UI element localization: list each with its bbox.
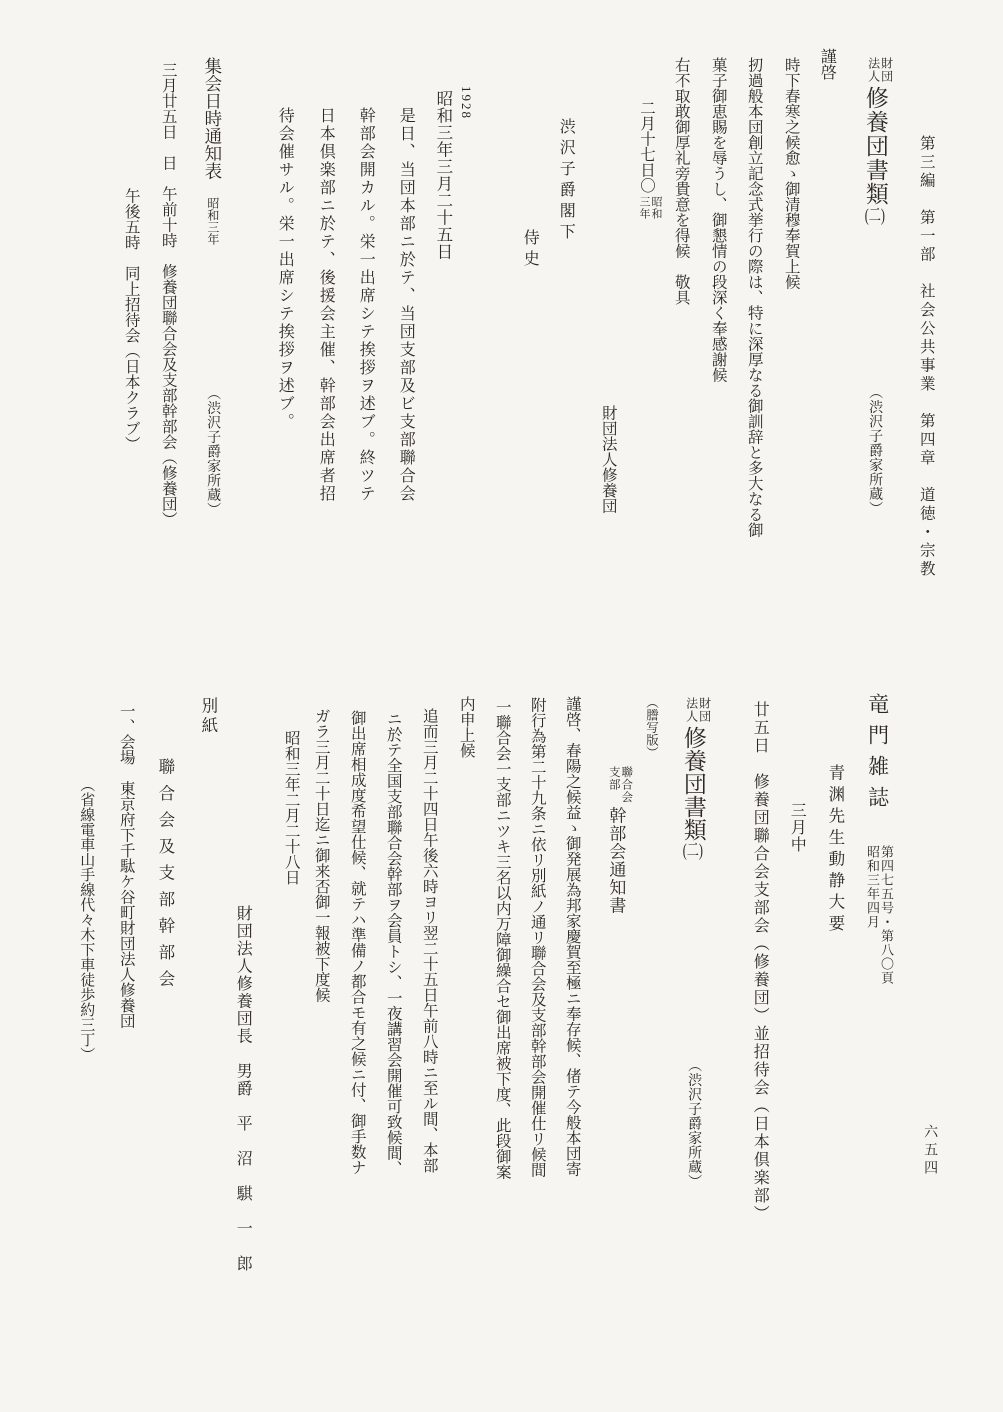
text-run: 修養団書類 — [681, 726, 706, 841]
warichu-note: 第四七五号・第八〇頁昭和三年四月 — [865, 845, 894, 985]
letter1-line1: 時下春寒之候愈ゝ御清穆奉賀上候 — [782, 57, 799, 290]
text-run: 聯合会及支部幹部会 — [156, 758, 175, 997]
text-run: 謹啓、春陽之候益ゝ御発展為邦家慶賀至極ニ奉存候、偖テ今般本団寄 — [564, 696, 581, 1177]
text-run: 菓子御恵賜を辱うし、御懇情の段深く奉感謝候 — [710, 57, 727, 383]
doc1-owner: （渋沢子爵家所蔵） — [867, 385, 882, 516]
text-run: 青渊先生動静大要 — [826, 764, 845, 936]
text-run: （謄写版） — [645, 696, 659, 759]
text-run: 昭和三年 — [206, 197, 220, 245]
text-run: 財団法人修養団長 男爵 平 沼 騏 一 郎 — [234, 905, 251, 1273]
letter1-salutation: 謹啓 — [818, 48, 835, 80]
warichu-note: 聯合会支部 — [606, 766, 632, 804]
kanbukai-heading: 聯合会支部幹部会通知書 — [606, 763, 632, 915]
letter2-date: 昭和三年二月二十八日 — [282, 730, 299, 885]
letter1-line3: 菓子御恵賜を辱うし、御懇情の段深く奉感謝候 — [709, 57, 726, 383]
text-run: （渋沢子爵家所蔵） — [205, 386, 220, 517]
doc1-title: 財団法人修養団書類(二) — [862, 54, 894, 224]
text-run: ガラ三月二十日迄ニ御来否御一報被下度候 — [313, 708, 330, 1003]
text-run: 追而三月二十四日午後六時ヨリ翌二十五日午前八時ニ至ル間、本部 — [421, 708, 438, 1173]
letter1-line4: 右不取敢御厚礼旁貴意を得候 敬具 — [672, 57, 689, 305]
text-run: 待会催サル。栄一出席シテ挨拶ヲ述ブ。 — [276, 107, 293, 431]
text-run: 第三編 第一部 社会公共事業 第四章 道徳・宗教 — [918, 135, 935, 579]
letter2-line7: 御出席相成度希望仕候、就テハ準備ノ都合モ有之候ニ付、御手数ナ — [348, 710, 365, 1175]
notice-line2: 午後五時 同上招待会（日本クラブ） — [122, 188, 139, 452]
text-run: 日本倶楽部ニ於テ、後援会主催、幹部会出席者招 — [317, 107, 334, 503]
text-run: 内申上候 — [458, 696, 475, 758]
text-run: 廿五日 修養団聯合会支部会（修養団）並招待会（日本倶楽部） — [751, 701, 768, 1223]
text-run: 渋沢子爵閣下 — [557, 118, 574, 244]
letter2-sender: 財団法人修養団長 男爵 平 沼 騏 一 郎 — [234, 905, 251, 1273]
diary-line4: 待会催サル。栄一出席シテ挨拶ヲ述ブ。 — [276, 107, 293, 431]
text-run: 昭和三年二月二十八日 — [283, 730, 300, 885]
letter2-line6: ニ於テ全国支部聯合会幹部ヲ会員トシ、一夜講習会開催可致候間、 — [384, 711, 401, 1176]
notice-owner: （渋沢子爵家所蔵） — [205, 386, 220, 517]
text-run: 昭和三年三月二十五日 — [434, 90, 453, 260]
besshi-label: 別紙 — [199, 697, 217, 736]
text-run: 御出席相成度希望仕候、就テハ準備ノ都合モ有之候ニ付、御手数ナ — [349, 710, 366, 1175]
diary-line1: 是日、当団本部ニ於テ、当団支部及ビ支部聯合会 — [397, 107, 414, 503]
tosha-note: （謄写版） — [644, 696, 658, 759]
text-run: 二月十七日〇 — [638, 100, 655, 193]
running-head: 第三編 第一部 社会公共事業 第四章 道徳・宗教 — [917, 135, 934, 579]
text-run: （省線電車山手線代々木下車徒歩約三丁） — [78, 777, 94, 1062]
letter1-date: 二月十七日〇昭和三年 — [637, 100, 662, 223]
notice-line1: 三月廿五日 日 午前十時 修養団聯合会及支部幹部会（修養団） — [159, 62, 176, 527]
annex-heading: 聯合会及支部幹部会 — [156, 758, 174, 997]
diary-date: 昭和三年三月二十五日 — [434, 90, 452, 260]
doc2-owner: （渋沢子爵家所蔵） — [686, 1058, 701, 1189]
text-run: 財団法人修養団 — [600, 405, 617, 514]
month-heading: 三月中 — [788, 802, 805, 853]
letter1-jishi: 侍史 — [521, 229, 538, 271]
diary-line3: 日本倶楽部ニ於テ、後援会主催、幹部会出席者招 — [317, 107, 334, 503]
text-run: 午後五時 同上招待会（日本クラブ） — [123, 188, 140, 452]
text-run: 三月廿五日 日 午前十時 修養団聯合会及支部幹部会（修養団） — [160, 62, 177, 527]
text-run: 竜門雑誌 — [866, 693, 890, 817]
doc2-title: 財団法人修養団書類(二) — [680, 694, 712, 859]
letter2-line8: ガラ三月二十日迄ニ御来否御一報被下度候 — [312, 708, 329, 1003]
warichu-note: 昭和三年 — [637, 196, 662, 220]
inline-number: (二) — [865, 206, 885, 224]
letter2-line2: 附行為第二十九条ニ依リ別紙ノ通リ聯合会及支部幹部会開催仕リ候間 — [528, 697, 545, 1178]
text-run: 修養団書類 — [863, 86, 888, 206]
page-number: 六五四 — [922, 1124, 937, 1178]
text-run: （渋沢子爵家所蔵） — [867, 385, 882, 516]
text-run: 扨過般本団創立記念式挙行の際は、特に深厚なる御訓辞と多大なる御 — [746, 57, 763, 538]
warichu-note: 財団法人 — [685, 697, 712, 723]
letter2-line3: 一聯合会一支部ニツキ三名以内万障御繰合セ御出席被下度、此段御案 — [493, 699, 510, 1180]
text-run: 一聯合会一支部ニツキ三名以内万障御繰合セ御出席被下度、此段御案 — [494, 699, 511, 1180]
text-run: 謹啓 — [818, 48, 835, 80]
text-run: 時下春寒之候愈ゝ御清穆奉賀上候 — [783, 57, 800, 290]
annex-line1: 一、会場 東京府下千駄ケ谷町財団法人修養団 — [117, 703, 134, 1029]
notice-title: 集会日時通知表 昭和三年 — [203, 57, 222, 245]
magazine-issue-note: 第四七五号・第八〇頁昭和三年四月 — [865, 842, 894, 988]
letter2-line1: 謹啓、春陽之候益ゝ御発展為邦家慶賀至極ニ奉存候、偖テ今般本団寄 — [563, 696, 580, 1177]
diary-line2: 幹部会開カル。栄一出席シテ挨拶ヲ述ブ。終ツテ — [357, 107, 374, 503]
inline-number: (二) — [683, 841, 703, 859]
letter2-line4: 内申上候 — [457, 696, 474, 758]
text-run: 侍史 — [521, 229, 538, 271]
warichu-note: 財団法人 — [867, 57, 894, 83]
text-run: 附行為第二十九条ニ依リ別紙ノ通リ聯合会及支部幹部会開催仕リ候間 — [529, 697, 546, 1178]
text-run: 幹部会通知書 — [606, 807, 625, 915]
magazine-title: 竜門雑誌 — [866, 693, 889, 817]
text-run: （渋沢子爵家所蔵） — [686, 1058, 701, 1189]
text-run: 幹部会開カル。栄一出席シテ挨拶ヲ述ブ。終ツテ — [357, 107, 374, 503]
text-run: 別紙 — [199, 697, 218, 736]
text-run: 是日、当団本部ニ於テ、当団支部及ビ支部聯合会 — [397, 107, 414, 503]
text-run: 三月中 — [788, 802, 805, 853]
year-1928: 1928 — [459, 86, 473, 120]
text-run: 六五四 — [922, 1124, 937, 1178]
text-run: 1928 — [459, 86, 474, 120]
diary2-line: 廿五日 修養団聯合会支部会（修養団）並招待会（日本倶楽部） — [751, 701, 768, 1223]
text-run: ニ於テ全国支部聯合会幹部ヲ会員トシ、一夜講習会開催可致候間、 — [385, 711, 402, 1176]
letter1-line2: 扨過般本団創立記念式挙行の際は、特に深厚なる御訓辞と多大なる御 — [745, 57, 762, 538]
letter1-sender: 財団法人修養団 — [599, 405, 616, 514]
letter2-line5: 追而三月二十四日午後六時ヨリ翌二十五日午前八時ニ至ル間、本部 — [420, 708, 437, 1173]
scanned-document-page: 第三編 第一部 社会公共事業 第四章 道徳・宗教財団法人修養団書類(二)（渋沢子… — [0, 0, 1003, 1412]
text-run: 右不取敢御厚礼旁貴意を得候 敬具 — [673, 57, 690, 305]
letter1-addressee: 渋沢子爵閣下 — [557, 118, 574, 244]
text-run: 一、会場 東京府下千駄ケ谷町財団法人修養団 — [118, 703, 135, 1029]
annex-line2: （省線電車山手線代々木下車徒歩約三丁） — [78, 777, 94, 1062]
seien-heading: 青渊先生動静大要 — [826, 764, 844, 936]
text-run: 集会日時通知表 — [203, 57, 223, 197]
